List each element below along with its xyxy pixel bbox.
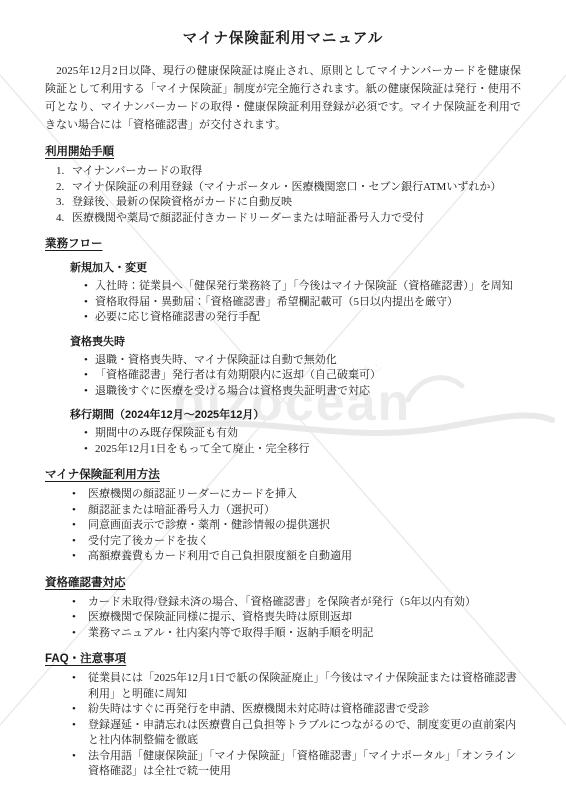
list-item: 「資格確認書」発行者は有効期限内に返却（自己破棄可）: [95, 368, 521, 384]
item-list: 退職・資格喪失時、マイナ保険証は自動で無効化「資格確認書」発行者は有効期限内に返…: [45, 353, 521, 400]
list-item: 紛失時はすぐに再発行を申請、医療機関未対応時は資格確認書で受診: [88, 702, 521, 718]
list-item: 医療機関の顔認証リーダーにカードを挿入: [88, 487, 521, 503]
list-item: 登録遅延・申請忘れは医療費自己負担等トラブルにつながるので、制度変更の直前案内と…: [88, 718, 521, 749]
list-item: 顔認証または暗証番号入力（選択可）: [88, 503, 521, 519]
list-item: 必要に応じ資格確認書の発行手配: [95, 310, 521, 326]
subsection-heading: 資格喪失時: [70, 335, 521, 350]
list-item: 受付完了後カードを抜く: [88, 534, 521, 550]
item-list: カード未取得/登録未済の場合、「資格確認書」を保険者が発行（5年以内有効）医療機…: [45, 595, 521, 642]
document-page: bizocean ビズオーシャン マイナ保険証利用マニュアル 2025年12月2…: [0, 0, 566, 800]
section-shikaku-kakuninsho-taiou: 資格確認書対応カード未取得/登録未済の場合、「資格確認書」を保険者が発行（5年以…: [45, 576, 521, 642]
item-list: マイナンバーカードの取得マイナ保険証の利用登録（マイナポータル・医療機関窓口・セ…: [45, 164, 521, 226]
list-item: 高額療養費もカード利用で自己負担限度額を自動適用: [88, 549, 521, 565]
list-item: 2025年12月1日をもって全て廃止・完全移行: [95, 442, 521, 458]
list-item: 退職・資格喪失時、マイナ保険証は自動で無効化: [95, 353, 521, 369]
list-item: カード未取得/登録未済の場合、「資格確認書」を保険者が発行（5年以内有効）: [88, 595, 521, 611]
section-gyoumu-flow: 業務フロー新規加入・変更入社時：従業員へ「健保発行業務終了」「今後はマイナ保険証…: [45, 237, 521, 457]
list-item: 入社時：従業員へ「健保発行業務終了」「今後はマイナ保険証（資格確認書）」を周知: [95, 279, 521, 295]
list-item: 資格取得届・異動届：「資格確認書」希望欄記載可（5日以内提出を厳守）: [95, 295, 521, 311]
section-heading: 利用開始手順: [45, 145, 521, 160]
list-item: 退職後すぐに医療を受ける場合は資格喪失証明書で対応: [95, 384, 521, 400]
item-list: 医療機関の顔認証リーダーにカードを挿入顔認証または暗証番号入力（選択可）同意画面…: [45, 487, 521, 565]
list-item: 医療機関や薬局で顔認証付きカードリーダーまたは暗証番号入力で受付: [59, 211, 521, 227]
item-list: 従業員には「2025年12月1日で紙の保険証廃止」「今後はマイナ保険証または資格…: [45, 671, 521, 780]
page-title: マイナ保険証利用マニュアル: [45, 30, 521, 49]
list-item: 医療機関で保険証同様に提示、資格喪失時は原則返却: [88, 610, 521, 626]
subsection-heading: 新規加入・変更: [70, 261, 521, 276]
section-riyou-houhou: マイナ保険証利用方法医療機関の顔認証リーダーにカードを挿入顔認証または暗証番号入…: [45, 468, 521, 565]
section-faq-chuui-jikou: FAQ・注意事項従業員には「2025年12月1日で紙の保険証廃止」「今後はマイナ…: [45, 652, 521, 780]
section-heading: 業務フロー: [45, 237, 521, 252]
list-item: 登録後、最新の保険資格がカードに自動反映: [59, 195, 521, 211]
document-content: マイナ保険証利用マニュアル 2025年12月2日以降、現行の健康保険証は廃止され…: [0, 0, 566, 780]
section-heading: 資格確認書対応: [45, 576, 521, 591]
subsection-heading: 移行期間（2024年12月～2025年12月）: [70, 408, 521, 423]
section-heading: FAQ・注意事項: [45, 652, 521, 667]
list-item: マイナンバーカードの取得: [59, 164, 521, 180]
list-item: 期間中のみ既存保険証も有効: [95, 426, 521, 442]
list-item: マイナ保険証の利用登録（マイナポータル・医療機関窓口・セブン銀行ATMいずれか）: [59, 180, 521, 196]
list-item: 業務マニュアル・社内案内等で取得手順・返納手順を明記: [88, 626, 521, 642]
list-item: 従業員には「2025年12月1日で紙の保険証廃止」「今後はマイナ保険証または資格…: [88, 671, 521, 702]
intro-paragraph: 2025年12月2日以降、現行の健康保険証は廃止され、原則としてマイナンバーカー…: [45, 62, 521, 134]
document-sections: 利用開始手順マイナンバーカードの取得マイナ保険証の利用登録（マイナポータル・医療…: [45, 145, 521, 780]
section-heading: マイナ保険証利用方法: [45, 468, 521, 483]
item-list: 期間中のみ既存保険証も有効2025年12月1日をもって全て廃止・完全移行: [45, 426, 521, 457]
item-list: 入社時：従業員へ「健保発行業務終了」「今後はマイナ保険証（資格確認書）」を周知資…: [45, 279, 521, 326]
list-item: 法令用語「健康保険証」「マイナ保険証」「資格確認書」「マイナポータル」「オンライ…: [88, 749, 521, 780]
list-item: 同意画面表示で診療・薬剤・健診情報の提供選択: [88, 518, 521, 534]
section-riyou-kaishi-tejun: 利用開始手順マイナンバーカードの取得マイナ保険証の利用登録（マイナポータル・医療…: [45, 145, 521, 226]
